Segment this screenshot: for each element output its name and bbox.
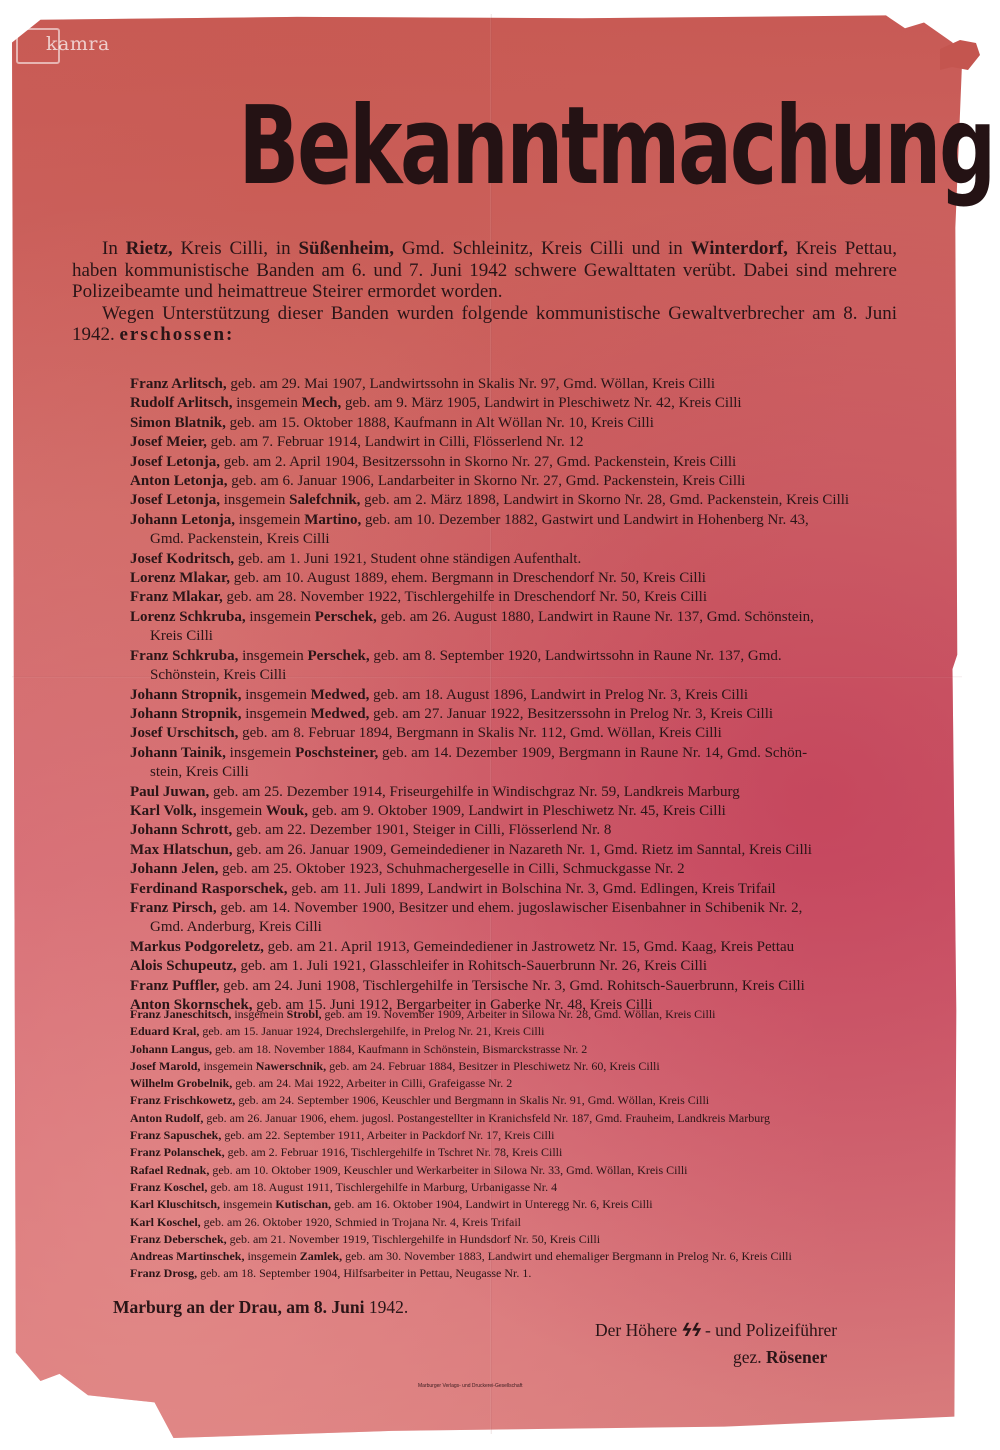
alias-word: insgemein (238, 648, 307, 664)
list-item: Anton Letonja, geb. am 6. Januar 1906, L… (130, 472, 895, 491)
victim-details: geb. am 26. August 1880, Landwirt in Rau… (377, 609, 814, 625)
victim-alias: Zamlek, (300, 1249, 342, 1263)
victim-details-continued: Gmd. Anderburg, Kreis Cilli (130, 918, 895, 937)
victim-details: geb. am 30. November 1883, Landwirt und … (342, 1249, 792, 1263)
victim-details: geb. am 2. Februar 1916, Tischlergehilfe… (225, 1145, 563, 1159)
victim-name: Franz Pirsch, (130, 900, 217, 916)
victim-name: Johann Tainik, (130, 745, 226, 761)
list-item: Johann Jelen, geb. am 25. Oktober 1923, … (130, 860, 895, 879)
list-item: Lorenz Schkruba, insgemein Perschek, geb… (130, 608, 895, 647)
alias-word: insgemein (241, 706, 310, 722)
list-item: Josef Meier, geb. am 7. Februar 1914, La… (130, 433, 895, 452)
place-name: Rietz, (126, 238, 173, 259)
victim-name: Johann Langus, (130, 1042, 212, 1056)
list-item: Johann Stropnik, insgemein Medwed, geb. … (130, 686, 895, 705)
list-item: Johann Langus, geb. am 18. November 1884… (130, 1041, 900, 1058)
victim-details: geb. am 10. Oktober 1909, Keuschler und … (209, 1163, 687, 1177)
victim-details: geb. am 24. September 1906, Keuschler un… (235, 1093, 709, 1107)
page-title: Bekanntmachung (238, 72, 741, 222)
intro-p2-emphasis: erschossen: (120, 324, 235, 345)
victim-name: Rudolf Arlitsch, (130, 395, 233, 411)
victim-details: geb. am 28. November 1922, Tischlergehil… (223, 589, 707, 605)
victim-alias: Nawerschnik, (256, 1059, 326, 1073)
list-item: Karl Volk, insgemein Wouk, geb. am 9. Ok… (130, 802, 895, 821)
list-item: Anton Rudolf, geb. am 26. Januar 1906, e… (130, 1110, 900, 1127)
victim-details: geb. am 18. November 1884, Kaufmann in S… (212, 1042, 587, 1056)
place-text: Marburg an der Drau, am 8. (113, 1297, 331, 1317)
list-item: Franz Janeschitsch, insgemein Strobl, ge… (130, 1006, 900, 1023)
victim-name: Andreas Martinschek, (130, 1249, 244, 1263)
victim-name: Franz Mlakar, (130, 589, 223, 605)
victim-name: Franz Schkruba, (130, 648, 238, 664)
list-item: Simon Blatnik, geb. am 15. Oktober 1888,… (130, 414, 895, 433)
victim-details: geb. am 15. Januar 1924, Drechslergehilf… (199, 1024, 544, 1038)
list-item: Josef Kodritsch, geb. am 1. Juni 1921, S… (130, 550, 895, 569)
victim-details-continued: Gmd. Packenstein, Kreis Cilli (130, 530, 895, 549)
victim-details: geb. am 22. Dezember 1901, Steiger in Ci… (232, 822, 611, 838)
list-item: Johann Letonja, insgemein Martino, geb. … (130, 511, 895, 550)
victim-details: geb. am 29. Mai 1907, Landwirtssohn in S… (227, 376, 715, 392)
victim-alias: Mech, (302, 395, 342, 411)
alias-word: insgemein (226, 745, 295, 761)
victim-name: Markus Podgoreletz, (130, 939, 264, 955)
victim-details: geb. am 2. April 1904, Besitzerssohn in … (220, 454, 736, 470)
list-item: Franz Arlitsch, geb. am 29. Mai 1907, La… (130, 375, 895, 394)
list-item: Josef Letonja, geb. am 2. April 1904, Be… (130, 453, 895, 472)
alias-word: insgemein (235, 512, 304, 528)
list-item: Wilhelm Grobelnik, geb. am 24. Mai 1922,… (130, 1075, 900, 1092)
victim-details: geb. am 22. September 1911, Arbeiter in … (221, 1128, 554, 1142)
list-item: Karl Kluschitsch, insgemein Kutischan, g… (130, 1196, 900, 1213)
list-item: Josef Urschitsch, geb. am 8. Februar 189… (130, 724, 895, 743)
list-item: Johann Tainik, insgemein Poschsteiner, g… (130, 744, 895, 783)
list-item: Franz Pirsch, geb. am 14. November 1900,… (130, 899, 895, 938)
printer-credit: Marburger Verlags- und Druckerei-Gesells… (418, 1383, 523, 1389)
victim-name: Johann Letonja, (130, 512, 235, 528)
list-item: Karl Koschel, geb. am 26. Oktober 1920, … (130, 1214, 900, 1231)
watermark-label: kamra (46, 33, 110, 55)
list-item: Franz Sapuschek, geb. am 22. September 1… (130, 1127, 900, 1144)
alias-word: insgemein (246, 609, 315, 625)
victim-alias: Martino, (304, 512, 361, 528)
victim-name: Karl Kluschitsch, (130, 1197, 220, 1211)
victim-name: Franz Koschel, (130, 1180, 207, 1194)
victim-name: Anton Letonja, (130, 473, 228, 489)
alias-word: insgemein (220, 492, 289, 508)
victim-details: geb. am 2. März 1898, Landwirt in Skorno… (360, 492, 849, 508)
list-item: Josef Letonja, insgemein Salefchnik, geb… (130, 491, 895, 510)
victim-name: Franz Arlitsch, (130, 376, 227, 392)
victims-list: Franz Arlitsch, geb. am 29. Mai 1907, La… (130, 375, 895, 1015)
list-item: Ferdinand Rasporschek, geb. am 11. Juli … (130, 880, 895, 899)
victim-details: geb. am 1. Juli 1921, Glasschleifer in R… (237, 958, 707, 974)
victim-details: geb. am 6. Januar 1906, Landarbeiter in … (228, 473, 746, 489)
intro-text-run: Gmd. Schleinitz, Kreis Cilli und in (394, 238, 691, 259)
victim-details: geb. am 11. Juli 1899, Landwirt in Bolsc… (288, 881, 776, 897)
list-item: Franz Frischkowetz, geb. am 24. Septembe… (130, 1092, 900, 1109)
victim-name: Max Hlatschun, (130, 842, 233, 858)
sign-name: Rösener (766, 1347, 827, 1367)
victim-details: geb. am 14. Dezember 1909, Bergmann in R… (378, 745, 807, 761)
victim-details: geb. am 9. März 1905, Landwirt in Plesch… (341, 395, 741, 411)
victim-name: Josef Marold, (130, 1059, 200, 1073)
intro-text-run: In (102, 238, 126, 259)
alias-word: insgemein (197, 803, 266, 819)
list-item: Eduard Kral, geb. am 15. Januar 1924, Dr… (130, 1023, 900, 1040)
victim-name: Paul Juwan, (130, 784, 209, 800)
list-item: Johann Stropnik, insgemein Medwed, geb. … (130, 705, 895, 724)
ss-rune-icon: ϟϟ (679, 1321, 702, 1341)
list-item: Paul Juwan, geb. am 25. Dezember 1914, F… (130, 783, 895, 802)
victim-details: geb. am 7. Februar 1914, Landwirt in Cil… (207, 434, 584, 450)
victim-name: Anton Rudolf, (130, 1111, 203, 1125)
alias-word: insgemein (200, 1059, 255, 1073)
victim-name: Josef Letonja, (130, 454, 220, 470)
victim-details: geb. am 14. November 1900, Besitzer und … (217, 900, 803, 916)
victim-name: Johann Stropnik, (130, 706, 241, 722)
victim-alias: Perschek, (315, 609, 377, 625)
victim-details: geb. am 18. September 1904, Hilfsarbeite… (197, 1266, 531, 1280)
signatory-title: Der Höhere ϟϟ - und Polizeiführer (595, 1320, 837, 1341)
victim-details: geb. am 26. Januar 1909, Gemeindediener … (233, 842, 812, 858)
victim-name: Johann Schrott, (130, 822, 232, 838)
victim-name: Josef Kodritsch, (130, 551, 234, 567)
alias-word: insgemein (231, 1007, 286, 1021)
victim-details: geb. am 24. Juni 1908, Tischlergehilfe i… (219, 978, 804, 994)
victim-name: Franz Sapuschek, (130, 1128, 221, 1142)
place-name: Winterdorf, (691, 238, 788, 259)
victims-list-small: Franz Janeschitsch, insgemein Strobl, ge… (130, 1006, 900, 1283)
signatory-name: gez. Rösener (733, 1347, 827, 1368)
victim-details: geb. am 16. Oktober 1904, Landwirt in Un… (331, 1197, 653, 1211)
victim-details: geb. am 21. November 1919, Tischlergehil… (227, 1232, 600, 1246)
intro-text: In Rietz, Kreis Cilli, in Süßenheim, Gmd… (72, 238, 897, 346)
victim-details-continued: Kreis Cilli (130, 627, 895, 646)
intro-paragraph-2: Wegen Unterstützung dieser Banden wurden… (72, 303, 897, 346)
victim-details: geb. am 18. August 1896, Landwirt in Pre… (369, 687, 748, 703)
victim-alias: Medwed, (311, 687, 370, 703)
place-name: Süßenheim, (298, 238, 394, 259)
victim-details: geb. am 18. August 1911, Tischlergehilfe… (207, 1180, 557, 1194)
victim-alias: Perschek, (308, 648, 370, 664)
victim-details: geb. am 8. September 1920, Landwirtssohn… (370, 648, 782, 664)
victim-name: Alois Schupeutz, (130, 958, 237, 974)
victim-name: Wilhelm Grobelnik, (130, 1076, 232, 1090)
victim-name: Franz Frischkowetz, (130, 1093, 235, 1107)
victim-alias: Poschsteiner, (295, 745, 378, 761)
victim-details: geb. am 26. Januar 1906, ehem. jugosl. P… (203, 1111, 770, 1125)
kamra-watermark: kamra (16, 28, 136, 62)
sign-pre: Der Höhere (595, 1320, 681, 1340)
victim-details: geb. am 24. Februar 1884, Besitzer in Pl… (326, 1059, 660, 1073)
victim-details-continued: stein, Kreis Cilli (130, 763, 895, 782)
list-item: Andreas Martinschek, insgemein Zamlek, g… (130, 1248, 900, 1265)
victim-alias: Strobl, (287, 1007, 322, 1021)
victim-name: Josef Letonja, (130, 492, 220, 508)
victim-details-continued: Schönstein, Kreis Cilli (130, 666, 895, 685)
victim-details: geb. am 21. April 1913, Gemeindediener i… (264, 939, 794, 955)
victim-name: Lorenz Mlakar, (130, 570, 230, 586)
victim-name: Ferdinand Rasporschek, (130, 881, 288, 897)
list-item: Johann Schrott, geb. am 22. Dezember 190… (130, 821, 895, 840)
victim-name: Franz Drosg, (130, 1266, 197, 1280)
alias-word: insgemein (244, 1249, 299, 1263)
victim-details: geb. am 15. Oktober 1888, Kaufmann in Al… (226, 415, 654, 431)
victim-details: geb. am 27. Januar 1922, Besitzerssohn i… (369, 706, 773, 722)
victim-name: Karl Koschel, (130, 1215, 201, 1229)
victim-name: Johann Jelen, (130, 861, 218, 877)
list-item: Josef Marold, insgemein Nawerschnik, geb… (130, 1058, 900, 1075)
victim-name: Franz Puffler, (130, 978, 219, 994)
place-month: Juni (331, 1297, 364, 1317)
list-item: Alois Schupeutz, geb. am 1. Juli 1921, G… (130, 957, 895, 976)
victim-name: Josef Meier, (130, 434, 207, 450)
victim-name: Lorenz Schkruba, (130, 609, 246, 625)
list-item: Franz Drosg, geb. am 18. September 1904,… (130, 1265, 900, 1282)
alias-word: insgemein (233, 395, 302, 411)
victim-details: geb. am 26. Oktober 1920, Schmied in Tro… (201, 1215, 521, 1229)
sign-post: - und Polizeiführer (701, 1320, 838, 1340)
list-item: Franz Puffler, geb. am 24. Juni 1908, Ti… (130, 977, 895, 996)
list-item: Franz Mlakar, geb. am 28. November 1922,… (130, 588, 895, 607)
victim-details: geb. am 24. Mai 1922, Arbeiter in Cilli,… (232, 1076, 512, 1090)
victim-alias: Medwed, (311, 706, 370, 722)
victim-details: geb. am 8. Februar 1894, Bergmann in Ska… (238, 725, 721, 741)
victim-details: geb. am 9. Oktober 1909, Landwirt in Ple… (308, 803, 726, 819)
victim-alias: Kutischan, (275, 1197, 331, 1211)
intro-text-run: Kreis Cilli, in (173, 238, 299, 259)
victim-alias: Wouk, (266, 803, 308, 819)
footer-place-date: Marburg an der Drau, am 8. Juni 1942. (113, 1297, 408, 1318)
alias-word: insgemein (220, 1197, 275, 1211)
list-item: Rudolf Arlitsch, insgemein Mech, geb. am… (130, 394, 895, 413)
victim-name: Franz Janeschitsch, (130, 1007, 231, 1021)
list-item: Rafael Rednak, geb. am 10. Oktober 1909,… (130, 1162, 900, 1179)
list-item: Franz Deberschek, geb. am 21. November 1… (130, 1231, 900, 1248)
list-item: Franz Koschel, geb. am 18. August 1911, … (130, 1179, 900, 1196)
list-item: Franz Schkruba, insgemein Perschek, geb.… (130, 647, 895, 686)
alias-word: insgemein (241, 687, 310, 703)
list-item: Max Hlatschun, geb. am 26. Januar 1909, … (130, 841, 895, 860)
victim-details: geb. am 1. Juni 1921, Student ohne ständ… (234, 551, 581, 567)
victim-name: Josef Urschitsch, (130, 725, 238, 741)
victim-name: Karl Volk, (130, 803, 197, 819)
list-item: Lorenz Mlakar, geb. am 10. August 1889, … (130, 569, 895, 588)
victim-name: Eduard Kral, (130, 1024, 199, 1038)
sign-gez: gez. (733, 1347, 766, 1367)
victim-name: Simon Blatnik, (130, 415, 226, 431)
list-item: Markus Podgoreletz, geb. am 21. April 19… (130, 938, 895, 957)
victim-details: geb. am 25. Dezember 1914, Friseurgehilf… (209, 784, 740, 800)
victim-details: geb. am 10. Dezember 1882, Gastwirt und … (361, 512, 809, 528)
victim-details: geb. am 25. Oktober 1923, Schuhmacherges… (218, 861, 684, 877)
intro-paragraph-1: In Rietz, Kreis Cilli, in Süßenheim, Gmd… (72, 238, 897, 303)
victim-name: Franz Polanschek, (130, 1145, 225, 1159)
list-item: Franz Polanschek, geb. am 2. Februar 191… (130, 1144, 900, 1161)
victim-alias: Salefchnik, (289, 492, 360, 508)
victim-name: Johann Stropnik, (130, 687, 241, 703)
victim-details: geb. am 10. August 1889, ehem. Bergmann … (230, 570, 706, 586)
place-year: 1942. (365, 1297, 409, 1317)
victim-name: Franz Deberschek, (130, 1232, 227, 1246)
victim-name: Rafael Rednak, (130, 1163, 209, 1177)
victim-details: geb. am 19. November 1909, Arbeiter in S… (321, 1007, 715, 1021)
